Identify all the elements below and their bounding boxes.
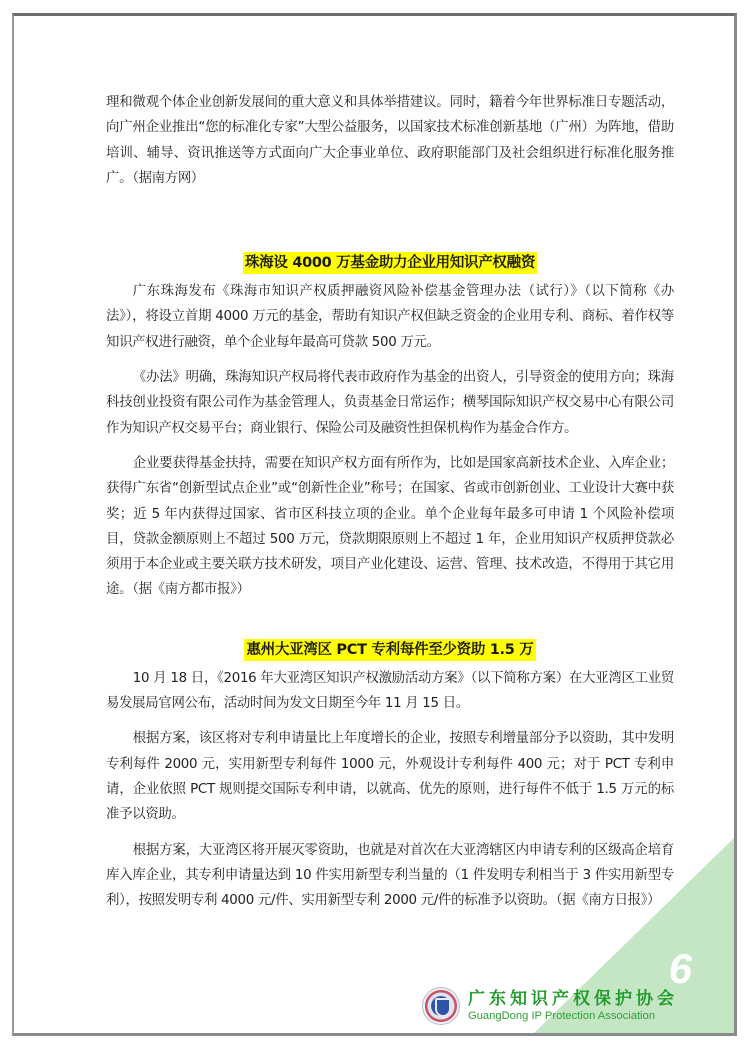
org-name-en: GuangDong IP Protection Association: [468, 1009, 678, 1023]
article-paragraph: 根据方案，大亚湾区将开展灭零资助，也就是对首次在大亚湾辖区内申请专利的区级高企培…: [106, 838, 674, 914]
article-heading-wrap: 珠海设 4000 万基金助力企业用知识产权融资: [106, 252, 674, 274]
org-name-block: 广东知识产权保护协会 GuangDong IP Protection Assoc…: [468, 989, 678, 1023]
article-heading-wrap: 惠州大亚湾区 PCT 专利每件至少资助 1.5 万: [106, 639, 674, 661]
article-paragraph: 企业要获得基金扶持，需要在知识产权方面有所作为，比如是国家高新技术企业、入库企业…: [106, 451, 674, 603]
article-paragraph: 《办法》明确，珠海知识产权局将代表市政府作为基金的出资人，引导资金的使用方向；珠…: [106, 365, 674, 441]
article-heading: 珠海设 4000 万基金助力企业用知识产权融资: [243, 252, 537, 274]
document-page: 6 理和微观个体企业创新发展间的重大意义和具体举措建议。同时，籍着今年世界标准日…: [12, 13, 737, 1036]
article-paragraph: 根据方案，该区将对专利申请量比上年度增长的企业，按照专利增量部分予以资助，其中发…: [106, 726, 674, 827]
article-paragraph: 广东珠海发布《珠海市知识产权质押融资风险补偿基金管理办法（试行）》（以下简称《办…: [106, 279, 674, 355]
page-number: 6: [669, 945, 692, 993]
intro-line: 理和微观个体企业创新发展间的重大意义和具体举措建议。同时，籍着今年世界标准日专题: [106, 95, 634, 110]
article-heading: 惠州大亚湾区 PCT 专利每件至少资助 1.5 万: [244, 639, 535, 661]
page-content: 理和微观个体企业创新发展间的重大意义和具体举措建议。同时，籍着今年世界标准日专题…: [106, 16, 674, 913]
org-name-cn: 广东知识产权保护协会: [468, 989, 678, 1009]
association-logo: 广东知识产权保护协会 GuangDong IP Protection Assoc…: [422, 987, 678, 1025]
article-paragraph: 10 月 18 日，《2016 年大亚湾区知识产权激励活动方案》（以下简称方案）…: [106, 666, 674, 717]
association-emblem-icon: [422, 987, 460, 1025]
intro-paragraph: 理和微观个体企业创新发展间的重大意义和具体举措建议。同时，籍着今年世界标准日专题…: [106, 90, 674, 191]
